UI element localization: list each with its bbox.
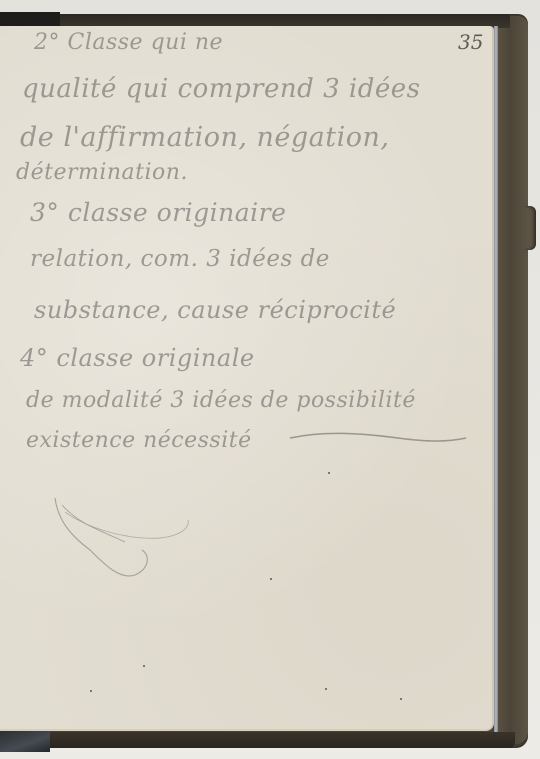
handwritten-line: de l'affirmation, négation, xyxy=(20,122,389,153)
handwritten-line: 4° classe originale xyxy=(20,344,255,372)
paper-speck xyxy=(90,690,92,692)
paper-speck xyxy=(328,472,330,474)
handwritten-line: détermination. xyxy=(16,160,188,185)
page-stack-edge xyxy=(494,26,498,732)
paper-speck xyxy=(143,665,145,667)
pencil-sketch-icon xyxy=(50,490,200,580)
paper-speck xyxy=(270,578,272,580)
pencil-flourish-line xyxy=(288,428,468,448)
handwritten-line: substance, cause réciprocité xyxy=(34,296,396,324)
notebook-cover-bottom-edge xyxy=(0,732,515,748)
notebook-cover-spine-right xyxy=(498,16,528,744)
handwritten-line: 2° Classe qui ne xyxy=(34,30,223,55)
handwritten-line: existence nécessité xyxy=(26,428,252,453)
handwritten-line: relation, com. 3 idées de xyxy=(30,246,330,272)
handwritten-line: qualité qui comprend 3 idées xyxy=(22,74,420,104)
handwritten-line: de modalité 3 idées de possibilité xyxy=(26,388,416,413)
page-number: 35 xyxy=(458,30,483,54)
paper-speck xyxy=(325,688,327,690)
paper-speck xyxy=(400,698,402,700)
notebook-page: 35 2° Classe qui ne qualité qui comprend… xyxy=(0,26,494,731)
notebook-cover-bottom-corner xyxy=(0,730,50,752)
handwritten-line: 3° classe originaire xyxy=(30,198,286,227)
notebook-clasp xyxy=(525,206,536,250)
